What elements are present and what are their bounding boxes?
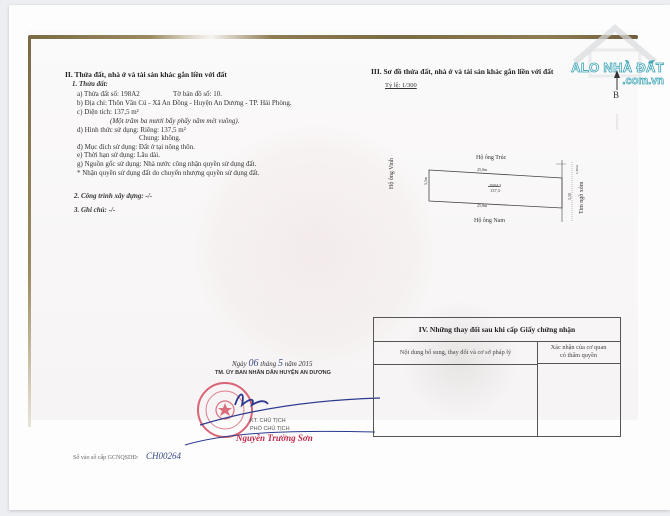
use-common: Chung: không.	[139, 134, 181, 143]
map-scale: Tỷ lệ: 1/300	[385, 81, 417, 90]
registry-number: CH00264	[146, 452, 181, 461]
north-arrow-icon	[610, 70, 630, 130]
address: b) Địa chỉ: Thôn Văn Cú - Xã An Đồng - H…	[77, 99, 292, 108]
issue-day: 06	[249, 358, 259, 369]
official-seal-and-signature	[180, 370, 380, 460]
table-header-content: Nội dung bổ sung, thay đổi và cơ sở pháp…	[374, 341, 538, 365]
table-header-confirmation: Xác nhận của cơ quan có thẩm quyền	[537, 341, 620, 364]
section-4-heading: IV. Những thay đổi sau khi cấp Giấy chứn…	[374, 318, 620, 342]
north-neighbor: Hộ ông Trúc	[476, 154, 506, 163]
bottom-length: 25,0m	[477, 201, 487, 210]
parcel-area: 137,5	[490, 186, 500, 195]
section-3-heading: III. Sơ đồ thửa đất, nhà ở và tài sản kh…	[371, 67, 553, 76]
north-label: B	[613, 91, 619, 100]
section-2-heading: II. Thửa đất, nhà ở và tài sản khác gắn …	[65, 70, 227, 79]
map-sheet-number: Tờ bản đồ số: 10.	[173, 90, 222, 99]
page-border-top	[28, 35, 638, 39]
land-origin: g) Nguồn gốc sử dụng: Nhà nước công nhận…	[77, 160, 256, 169]
west-neighbor: Hộ ông Vinh	[388, 158, 397, 189]
signer-name: Nguyễn Trường Sơn	[236, 434, 313, 443]
parcel-number: a) Thửa đất số: 198A2	[77, 90, 140, 99]
top-length: 25,0m	[477, 165, 487, 174]
issue-date: Ngày 06 tháng 5 năm 2015	[232, 359, 313, 369]
east-road: Tim ngõ xóm	[578, 182, 587, 214]
table-cell-content	[374, 365, 538, 436]
right-length: 5,50	[565, 193, 574, 200]
area-in-words: (Một trăm ba mươi bẩy phẩy năm mét vuông…	[110, 117, 239, 126]
subsection-construction: 2. Công trình xây dựng: -/-	[74, 192, 152, 201]
road-offset: 1,10m	[573, 165, 582, 174]
registry-label: Số vào sổ cấp GCNQSDĐ:	[73, 454, 138, 463]
seal-icon	[198, 383, 252, 437]
origin-note: * Nhận quyền sử dụng đất do chuyển nhượn…	[77, 169, 259, 178]
area: c) Diện tích: 137,5 m²	[77, 108, 139, 117]
left-length: 5,5m	[421, 177, 430, 185]
changes-table: IV. Những thay đổi sau khi cấp Giấy chứn…	[373, 317, 621, 437]
south-neighbor: Hộ ông Nam	[474, 217, 505, 226]
subsection-notes: 3. Ghi chú: -/-	[74, 206, 115, 215]
use-term: e) Thời hạn sử dụng: Lâu dài.	[77, 151, 160, 160]
page-border-left	[28, 37, 31, 427]
subsection-parcel: 1. Thửa đất:	[72, 80, 108, 89]
issue-month: 5	[278, 358, 283, 369]
